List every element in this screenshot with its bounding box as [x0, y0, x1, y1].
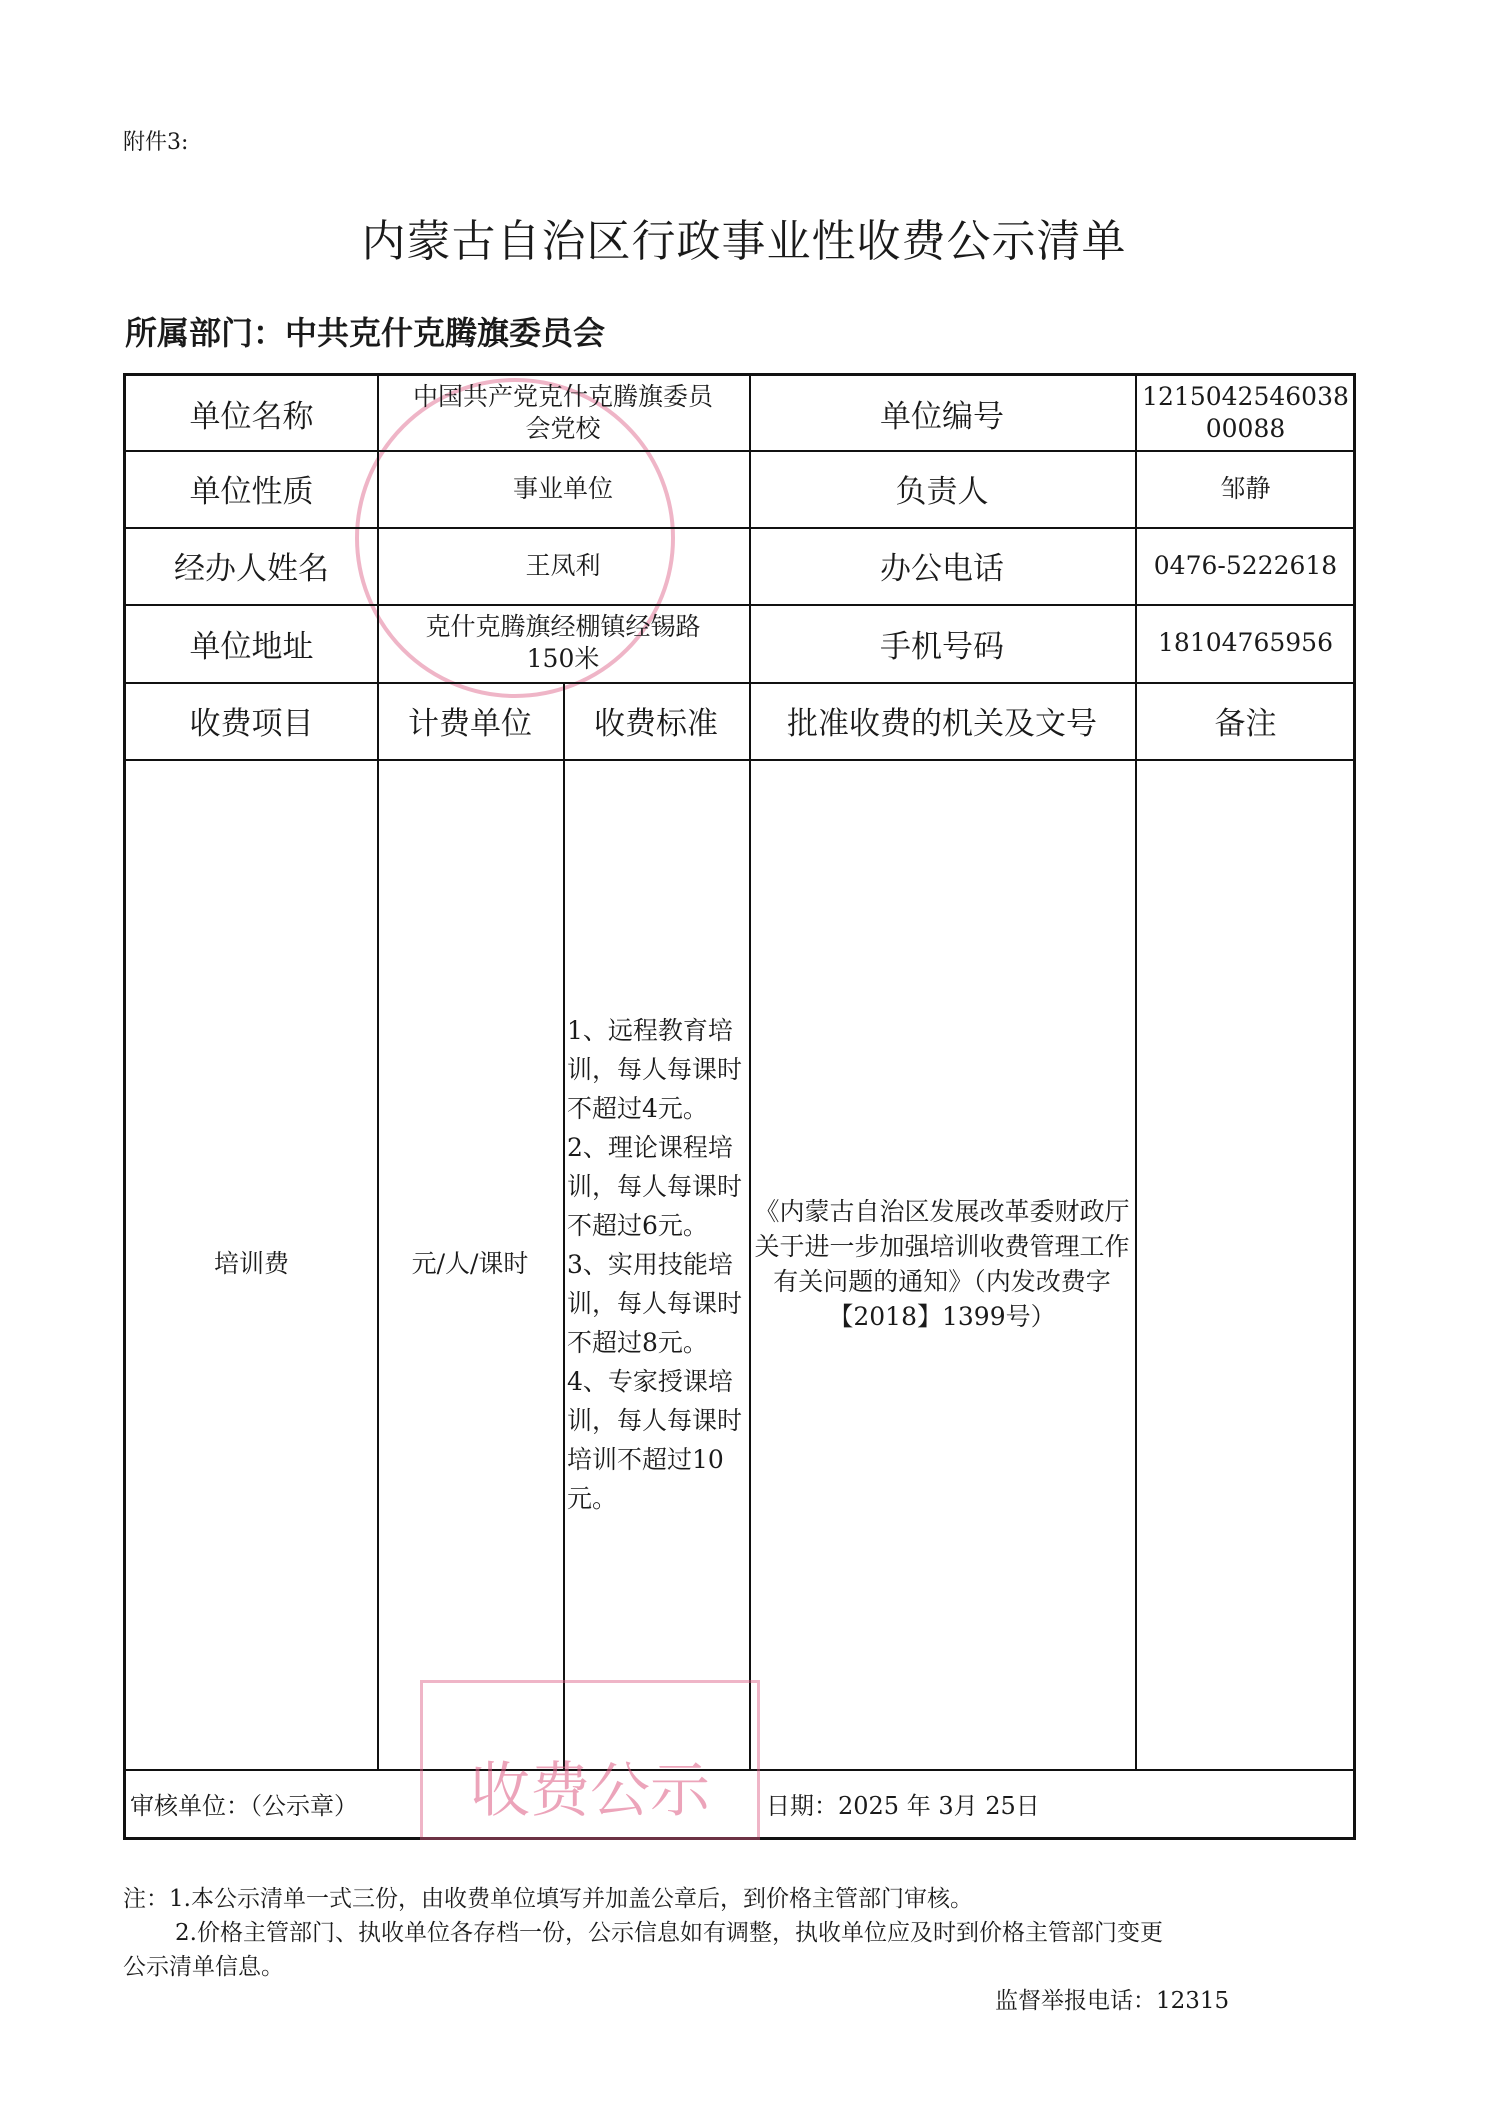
note-2: 2.价格主管部门、执收单位各存档一份，公示信息如有调整，执收单位应及时到价格主管… — [175, 1914, 1163, 1947]
hotline: 监督举报电话：12315 — [995, 1982, 1229, 2015]
fee-table: 单位名称 中国共产党克什克腾旗委员会党校 单位编号 12150425460380… — [123, 373, 1356, 1840]
mobile-label: 手机号码 — [749, 604, 1135, 682]
note-2-continued: 公示清单信息。 — [123, 1948, 284, 1981]
col-header-item: 收费项目 — [126, 682, 377, 759]
handler-label: 经办人姓名 — [126, 527, 377, 604]
fee-remark — [1135, 759, 1356, 1769]
unit-code-value: 121504254603800088 — [1135, 376, 1356, 450]
date-label: 日期：2025 年 3月 25日 — [766, 1769, 1166, 1837]
col-header-unit: 计费单位 — [377, 682, 563, 759]
col-header-remark: 备注 — [1135, 682, 1356, 759]
leader-value: 邹静 — [1135, 450, 1356, 527]
page-title: 内蒙古自治区行政事业性收费公示清单 — [0, 205, 1488, 269]
office-phone-label: 办公电话 — [749, 527, 1135, 604]
unit-name-value: 中国共产党克什克腾旗委员会党校 — [377, 376, 749, 450]
attachment-label: 附件3: — [123, 125, 188, 156]
address-label: 单位地址 — [126, 604, 377, 682]
fee-notice-stamp: 收费公示 — [420, 1680, 760, 1840]
unit-type-value: 事业单位 — [377, 450, 749, 527]
unit-code-label: 单位编号 — [749, 376, 1135, 450]
mobile-value: 18104765956 — [1135, 604, 1356, 682]
col-header-approval: 批准收费的机关及文号 — [749, 682, 1135, 759]
office-phone-value: 0476-5222618 — [1135, 527, 1356, 604]
reviewer-label: 审核单位：（公示章） — [130, 1769, 390, 1837]
unit-name-label: 单位名称 — [126, 376, 377, 450]
department: 所属部门：中共克什克腾旗委员会 — [125, 308, 605, 354]
handler-value: 王凤利 — [377, 527, 749, 604]
address-value: 克什克腾旗经棚镇经锡路150米 — [377, 604, 749, 682]
col-header-standard: 收费标准 — [563, 682, 749, 759]
unit-type-label: 单位性质 — [126, 450, 377, 527]
note-1: 注：1.本公示清单一式三份，由收费单位填写并加盖公章后，到价格主管部门审核。 — [123, 1880, 973, 1913]
fee-unit: 元/人/课时 — [377, 759, 563, 1769]
leader-label: 负责人 — [749, 450, 1135, 527]
fee-item: 培训费 — [126, 759, 377, 1769]
approval-document: 《内蒙古自治区发展改革委财政厅关于进一步加强培训收费管理工作有关问题的通知》（内… — [749, 759, 1135, 1769]
fee-standard: 1、远程教育培训，每人每课时不超过4元。2、理论课程培训，每人每课时不超过6元。… — [563, 759, 749, 1769]
